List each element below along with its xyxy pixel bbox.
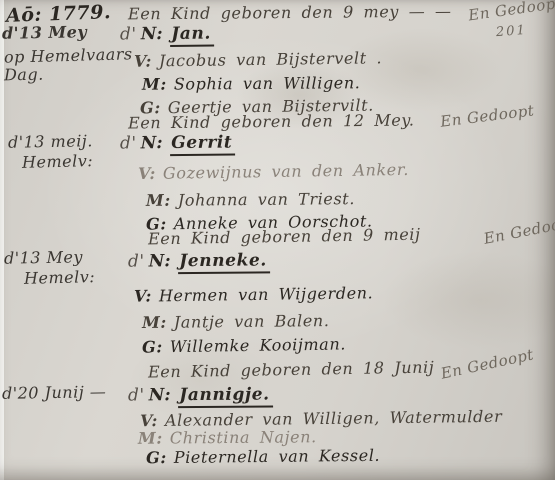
name-label: N: [149,251,172,271]
father-line: V:Gozewijnus van den Anker. [138,160,409,183]
mother-line: M:Jantje van Balen. [142,311,330,332]
mother-label: M: [142,313,167,332]
witness-line: G:Pieternella van Kessel. [146,446,380,467]
father-name: Alexander van Willigen, Watermulder [165,407,503,430]
margin-baptism-date: d'13 meij. [8,131,93,151]
witness-label: G: [146,448,167,467]
child-name: Gerrit [170,132,235,156]
margin-baptism-date: d'20 Junij — [2,382,107,403]
witness-name: Willemke Kooijman. [170,334,346,356]
margin-note: Dag. [4,65,44,85]
father-name: Hermen van Wijgerden. [159,283,374,305]
margin-note: Hemelv: [22,151,94,172]
father-label: V: [140,411,158,430]
flourish: d' [120,133,137,153]
baptized-note: En Gedoopt [482,212,555,248]
father-label: V: [134,51,152,70]
witness-line: G:Willemke Kooijman. [142,334,346,356]
father-line: V:Alexander van Willigen, Watermulder [140,407,502,430]
child-name-line: d'N:Gerrit [120,132,236,153]
register-page-scan: 201 Aō: 1779. d'13 Mey op Hemelvaars Dag… [0,0,555,480]
birth-line: Een Kind geboren den 18 Junij [148,358,435,382]
child-name-line: d'N:Jannigje. [128,384,273,405]
mother-line: M:Sophia van Willigen. [142,73,361,94]
witness-label: G: [142,337,163,356]
baptized-note: En Gedoopt [439,101,535,130]
flourish: d' [128,251,145,271]
margin-baptism-date: d'13 Mey [4,247,83,267]
birth-line: Een Kind geboren den 9 meij [148,225,421,249]
mother-name: Christina Najen. [170,427,317,447]
child-name: Jan. [170,24,214,47]
baptized-note: En Gedoopt [467,0,555,24]
child-name-line: d'N:Jenneke. [128,250,270,271]
name-label: N: [141,24,164,44]
witness-name: Pieternella van Kessel. [174,446,381,467]
mother-label: M: [146,191,171,210]
flourish: d' [120,24,137,44]
margin-note: op Hemelvaars [4,44,133,66]
father-line: V:Hermen van Wijgerden. [134,283,374,305]
page-number: 201 [496,23,528,40]
child-name: Jannigje. [178,384,273,408]
mother-line: M:Christina Najen. [138,427,317,448]
name-label: N: [149,385,172,405]
mother-name: Sophia van Willigen. [174,73,361,93]
child-name: Jenneke. [178,250,270,274]
mother-name: Jantje van Balen. [174,311,330,332]
name-label: N: [141,133,164,153]
birth-line: Een Kind geboren den 12 Mey. [128,111,415,133]
child-name-line: d'N:Jan. [120,24,214,45]
father-line: V:Jacobus van Bijstervelt . [134,48,382,70]
mother-line: M:Johanna van Triest. [146,189,355,210]
mother-label: M: [138,429,163,448]
father-name: Gozewijnus van den Anker. [163,160,409,183]
flourish: d' [128,385,145,405]
father-label: V: [134,286,152,305]
father-label: V: [138,164,156,183]
margin-baptism-date: d'13 Mey [2,22,87,42]
baptized-note: En Gedoopt [439,345,535,382]
margin-note: Hemelv: [24,267,96,288]
mother-label: M: [142,75,167,94]
birth-line: Een Kind geboren den 9 mey — — [128,2,452,24]
mother-name: Johanna van Triest. [178,189,355,210]
father-name: Jacobus van Bijstervelt . [159,48,382,70]
